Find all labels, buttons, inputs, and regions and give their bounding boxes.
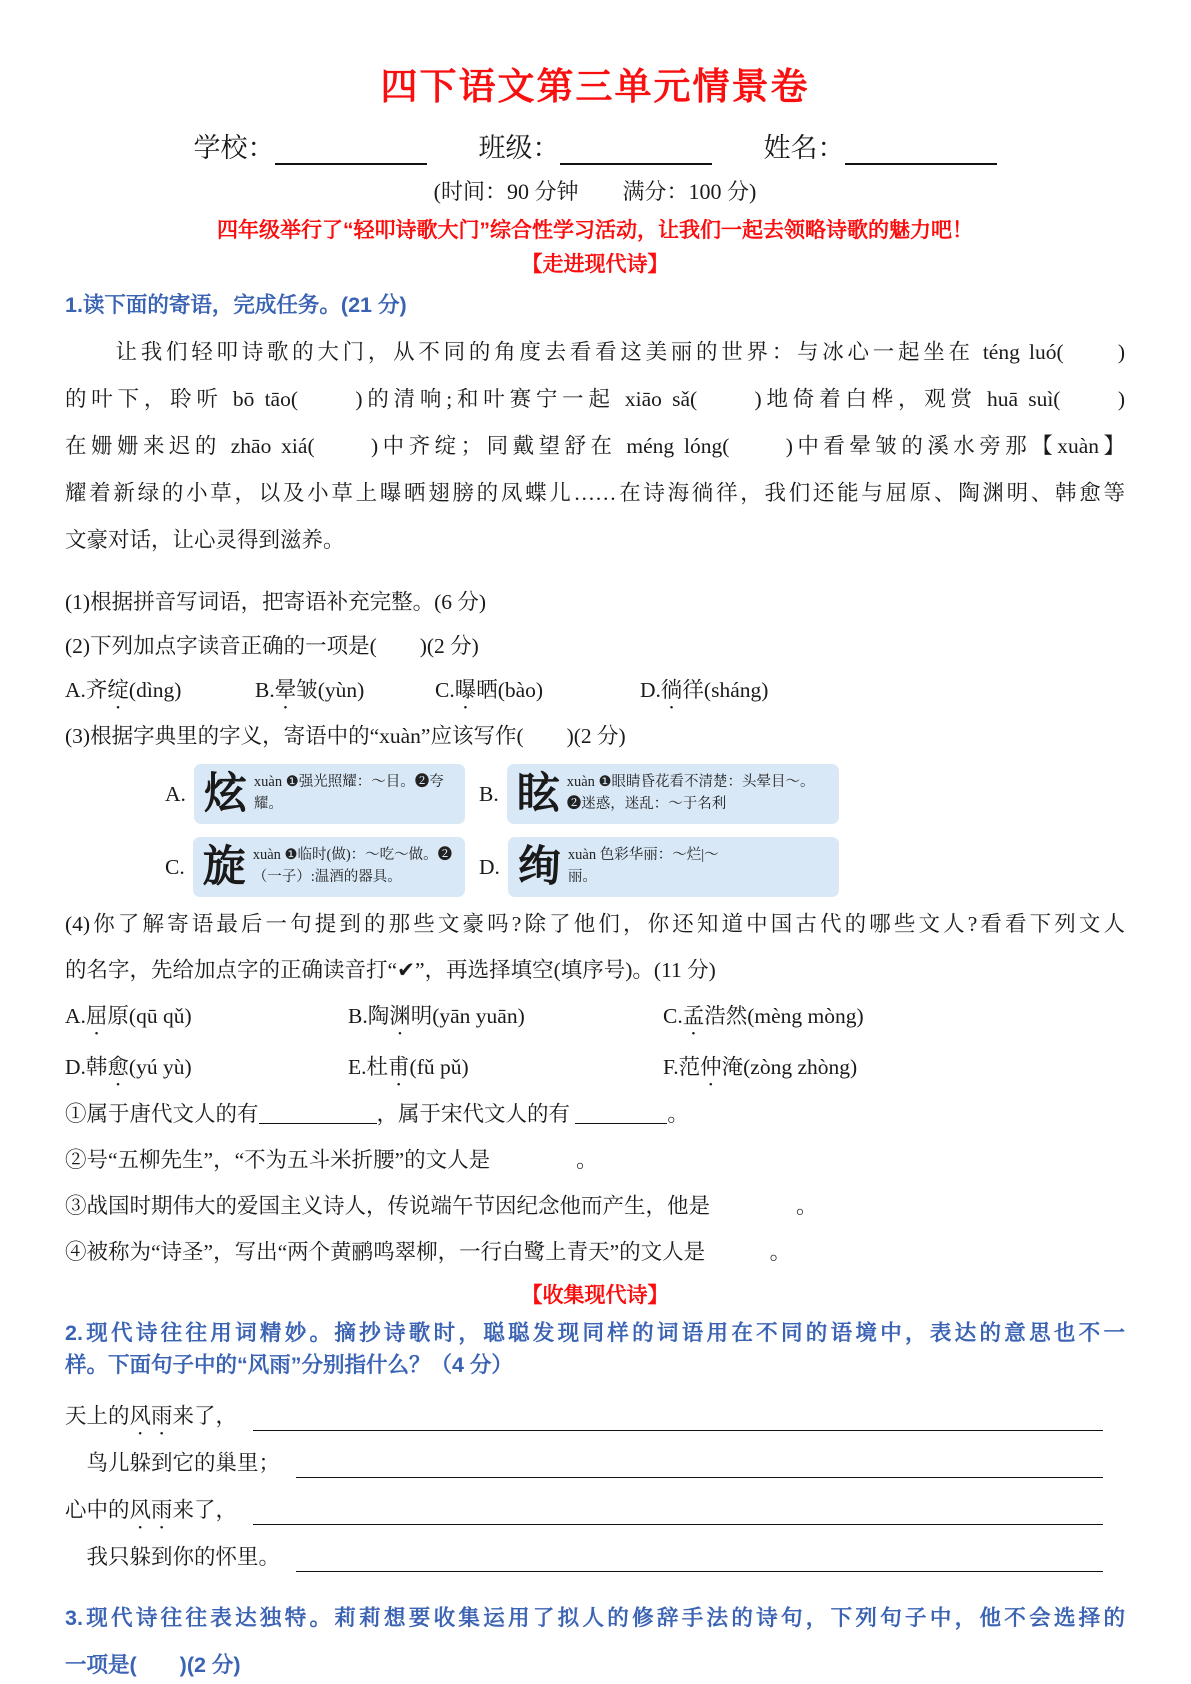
q2-line1: 2.现代诗往往用词精妙。摘抄诗歌时，聪聪发现同样的词语用在不同的语境中，表达的意… bbox=[65, 1317, 1125, 1349]
class-label: 班级： bbox=[479, 126, 560, 165]
option-a[interactable]: A.齐绽(dìng) bbox=[65, 668, 255, 714]
dict-character: 炫 bbox=[204, 773, 247, 816]
dict-box: 炫 xuàn ❶强光照耀：～目。❷夸耀。 bbox=[194, 764, 465, 824]
q2-poem: 天上的风雨来了， 鸟儿躲到它的巢里； 心中的风雨来了， 我只躲到你的怀里。 bbox=[65, 1393, 1125, 1581]
school-label: 学校： bbox=[194, 126, 275, 165]
dict-definition: xuàn ❶强光照耀：～目。❷夸耀。 bbox=[254, 772, 457, 816]
q1-sub4-line1: (4)你了解寄语最后一句提到的那些文豪吗?除了他们，你还知道中国古代的哪些文人?… bbox=[65, 901, 1125, 947]
poet-f[interactable]: F.范仲淹(zòng zhòng) bbox=[663, 1044, 1125, 1091]
dict-entry-a[interactable]: A. 炫 xuàn ❶强光照耀：～目。❷夸耀。 bbox=[165, 764, 465, 824]
dict-entry-c[interactable]: C. 旋 xuàn ❶临时(做)：～吃～做。❷（一子）:温酒的器具。 bbox=[165, 837, 465, 897]
dict-character: 眩 bbox=[517, 773, 560, 816]
answer-blank[interactable] bbox=[575, 1102, 667, 1124]
section-header-collect-poetry: 【收集现代诗】 bbox=[65, 1279, 1125, 1309]
answer-line[interactable] bbox=[296, 1571, 1103, 1572]
poet-b[interactable]: B.陶渊明(yān yuān) bbox=[348, 993, 663, 1040]
exam-page: 四下语文第三单元情景卷 学校： 班级： 姓名： (时间：90 分钟 满分：100… bbox=[0, 0, 1191, 1684]
fill-blank-2: ②号“五柳先生”，“不为五斗米折腰”的文人是 。 bbox=[65, 1137, 1125, 1183]
dict-entry-d[interactable]: D. 绚 xuàn 色彩华丽：～烂|～丽。 bbox=[479, 837, 839, 897]
q1-passage: 让我们轻叩诗歌的大门，从不同的角度去看看这美丽的世界：与冰心一起坐在 téng … bbox=[65, 329, 1125, 564]
class-blank[interactable] bbox=[560, 135, 712, 165]
dict-definition: xuàn ❶眼睛昏花看不清楚：头晕目～。❷迷惑，迷乱：～于名利 bbox=[567, 772, 817, 816]
poet-c[interactable]: C.孟浩然(mèng mòng) bbox=[663, 993, 1125, 1040]
student-info-row: 学校： 班级： 姓名： bbox=[65, 126, 1125, 165]
question-3-title: 3.现代诗往往表达独特。莉莉想要收集运用了拟人的修辞手法的诗句，下列句子中，他不… bbox=[65, 1595, 1125, 1684]
passage-line: 文豪对话，让心灵得到滋养。 bbox=[65, 517, 1125, 564]
poet-a[interactable]: A.屈原(qū qǔ) bbox=[65, 993, 348, 1040]
poem-line: 我只躲到你的怀里。 bbox=[65, 1534, 1125, 1581]
passage-line: 耀着新绿的小草，以及小草上曝晒翅膀的凤蝶儿……在诗海徜徉，我们还能与屈原、陶渊明… bbox=[65, 470, 1125, 517]
name-blank[interactable] bbox=[845, 135, 997, 165]
name-label: 姓名： bbox=[764, 126, 845, 165]
dict-box: 绚 xuàn 色彩华丽：～烂|～丽。 bbox=[508, 837, 839, 897]
q1-sub4-line2: 的名字，先给加点字的正确读音打“✔”，再选择填空(填序号)。(11 分) bbox=[65, 947, 1125, 993]
poem-line: 心中的风雨来了， bbox=[65, 1487, 1125, 1534]
q2-line2: 样。下面句子中的“风雨”分别指什么？（4 分） bbox=[65, 1349, 1125, 1381]
fill-blank-3: ③战国时期伟大的爱国主义诗人，传说端午节因纪念他而产生，他是 。 bbox=[65, 1183, 1125, 1229]
dict-label: B. bbox=[479, 782, 499, 807]
q1-sub2-options: A.齐绽(dìng) B.晕皱(yùn) C.曝晒(bào) D.徜徉(shán… bbox=[65, 668, 1125, 714]
school-blank[interactable] bbox=[275, 135, 427, 165]
class-field: 班级： bbox=[479, 126, 712, 165]
dict-character: 旋 bbox=[203, 846, 246, 889]
dict-box: 旋 xuàn ❶临时(做)：～吃～做。❷（一子）:温酒的器具。 bbox=[193, 837, 465, 897]
q1-sub1: (1)根据拼音写词语，把寄语补充完整。(6 分) bbox=[65, 580, 1125, 624]
dict-box: 眩 xuàn ❶眼睛昏花看不清楚：头晕目～。❷迷惑，迷乱：～于名利 bbox=[507, 764, 839, 824]
section-header-modern-poetry: 【走进现代诗】 bbox=[65, 248, 1125, 278]
option-c[interactable]: C.曝晒(bào) bbox=[435, 668, 640, 714]
passage-line: 让我们轻叩诗歌的大门，从不同的角度去看看这美丽的世界：与冰心一起坐在 téng … bbox=[65, 329, 1125, 376]
school-field: 学校： bbox=[194, 126, 427, 165]
fill-blank-4: ④被称为“诗圣”，写出“两个黄鹂鸣翠柳，一行白鹭上青天”的文人是 。 bbox=[65, 1229, 1125, 1275]
option-b[interactable]: B.晕皱(yùn) bbox=[255, 668, 435, 714]
option-d[interactable]: D.徜徉(sháng) bbox=[640, 668, 768, 714]
dict-definition: xuàn ❶临时(做)：～吃～做。❷（一子）:温酒的器具。 bbox=[253, 845, 457, 889]
dict-character: 绚 bbox=[518, 846, 561, 889]
passage-line: 在姗姗来迟的 zhāo xiá( )中齐绽；同戴望舒在 méng lóng( )… bbox=[65, 423, 1125, 470]
poet-d[interactable]: D.韩愈(yú yù) bbox=[65, 1044, 348, 1091]
time-score-line: (时间：90 分钟 满分：100 分) bbox=[65, 175, 1125, 206]
page-title: 四下语文第三单元情景卷 bbox=[65, 56, 1125, 110]
poem-line: 天上的风雨来了， bbox=[65, 1393, 1125, 1440]
dict-entry-b[interactable]: B. 眩 xuàn ❶眼睛昏花看不清楚：头晕目～。❷迷惑，迷乱：～于名利 bbox=[479, 764, 839, 824]
q3-line2: 一项是( )(2 分) bbox=[65, 1642, 1125, 1684]
q1-sub2: (2)下列加点字读音正确的一项是( )(2 分) bbox=[65, 624, 1125, 668]
poet-options: A.屈原(qū qǔ) B.陶渊明(yān yuān) C.孟浩然(mèng m… bbox=[65, 993, 1125, 1091]
dict-label: C. bbox=[165, 855, 185, 880]
answer-line[interactable] bbox=[253, 1430, 1103, 1431]
dictionary-entries: A. 炫 xuàn ❶强光照耀：～目。❷夸耀。 B. 眩 xuàn ❶眼睛昏花看… bbox=[165, 764, 1125, 897]
intro-banner: 四年级举行了“轻叩诗歌大门”综合性学习活动，让我们一起去领略诗歌的魅力吧！ bbox=[65, 214, 1125, 244]
answer-blank[interactable] bbox=[259, 1102, 377, 1124]
dict-label: D. bbox=[479, 855, 500, 880]
answer-line[interactable] bbox=[253, 1524, 1103, 1525]
name-field: 姓名： bbox=[764, 126, 997, 165]
poet-e[interactable]: E.杜甫(fǔ pǔ) bbox=[348, 1044, 663, 1091]
q3-line1: 3.现代诗往往表达独特。莉莉想要收集运用了拟人的修辞手法的诗句，下列句子中，他不… bbox=[65, 1595, 1125, 1642]
dict-definition: xuàn 色彩华丽：～烂|～丽。 bbox=[568, 845, 738, 889]
question-2-title: 2.现代诗往往用词精妙。摘抄诗歌时，聪聪发现同样的词语用在不同的语境中，表达的意… bbox=[65, 1317, 1125, 1381]
answer-line[interactable] bbox=[296, 1477, 1103, 1478]
q1-sub3: (3)根据字典里的字义，寄语中的“xuàn”应该写作( )(2 分) bbox=[65, 714, 1125, 758]
fill-blank-1: ①属于唐代文人的有，属于宋代文人的有 。 bbox=[65, 1091, 1125, 1137]
poem-line: 鸟儿躲到它的巢里； bbox=[65, 1440, 1125, 1487]
passage-line: 的叶下，聆听 bō tāo( )的清响;和叶赛宁一起 xiāo sǎ( )地倚着… bbox=[65, 376, 1125, 423]
question-1-title: 1.读下面的寄语，完成任务。(21 分) bbox=[65, 288, 1125, 319]
dict-label: A. bbox=[165, 782, 186, 807]
